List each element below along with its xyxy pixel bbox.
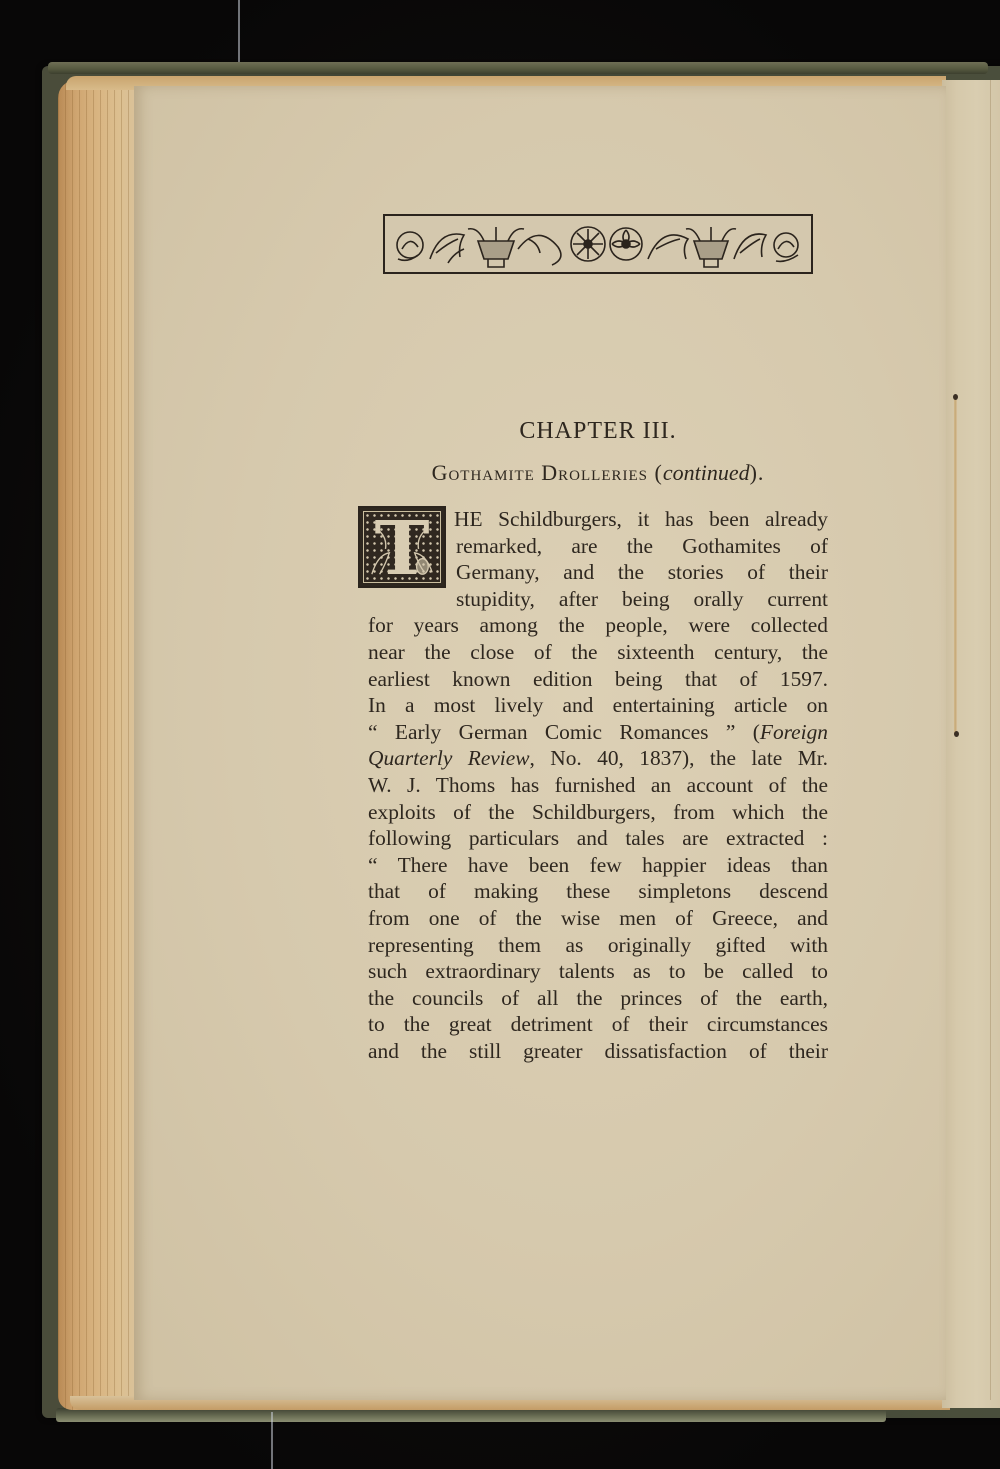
body-text-line: W. J. Thoms has furnished an account of … (368, 772, 828, 799)
text-segment: from one of the wise men of Greece, and (368, 906, 828, 930)
facing-page-gutter (942, 80, 1000, 1408)
text-segment: representing them as originally gifted w… (368, 933, 828, 957)
scan-scene: CHAPTER III. Gothamite Drolleries (conti… (0, 0, 1000, 1469)
gutter-fold (990, 80, 991, 1400)
text-segment: the councils of all the princes of the e… (368, 986, 828, 1010)
scanner-guide-line-bottom (271, 1412, 273, 1469)
body-text-line: from one of the wise men of Greece, and (368, 905, 828, 932)
chapter-subtitle-italic: continued (663, 460, 750, 485)
text-segment: such extraordinary talents as to be call… (368, 959, 828, 983)
chapter-subtitle-main: Gothamite Drolleries (432, 460, 648, 485)
body-paragraph: HE Schildburgers, it has been alreadyrem… (368, 506, 828, 1064)
body-text-line: remarked, are the Gothamites of (456, 533, 828, 560)
body-text-line: “ Early German Comic Romances ” (Foreign (368, 719, 828, 746)
body-text-line: exploits of the Schildburgers, from whic… (368, 799, 828, 826)
text-segment: to the great detriment of their circumst… (368, 1012, 828, 1036)
text-segment: Germany, and the stories of their (456, 560, 828, 584)
body-text-line: HE Schildburgers, it has been already (454, 506, 828, 533)
chapter-subtitle-paren-close: ). (750, 460, 765, 485)
chapter-title: CHAPTER III. (368, 418, 828, 445)
binding-stitch-mark (953, 394, 958, 400)
body-text-line: “ There have been few happier ideas than (368, 852, 828, 879)
body-text-line: Quarterly Review, No. 40, 1837), the lat… (368, 745, 828, 772)
binding-thread (954, 395, 957, 735)
italic-text-segment: Foreign (760, 720, 828, 744)
body-text-line: near the close of the sixteenth century,… (368, 639, 828, 666)
body-text-line: In a most lively and entertaining articl… (368, 692, 828, 719)
text-segment: , No. 40, 1837), the late Mr. (530, 746, 829, 770)
body-text-line: the councils of all the princes of the e… (368, 985, 828, 1012)
text-segment: earliest known edition being that of 159… (368, 667, 828, 691)
text-segment: that of making these simpletons descend (368, 879, 828, 903)
book-cover-bottom-edge (56, 1408, 886, 1422)
text-segment: for years among the people, were collect… (368, 613, 828, 637)
body-text-line: stupidity, after being orally current (456, 586, 828, 613)
text-segment: following particulars and tales are extr… (368, 826, 828, 850)
binding-stitch-mark (954, 731, 959, 737)
body-text-line: earliest known edition being that of 159… (368, 666, 828, 693)
text-segment: HE Schildburgers, it has been already (454, 507, 828, 531)
body-text-line: to the great detriment of their circumst… (368, 1011, 828, 1038)
text-segment: remarked, are the Gothamites of (456, 534, 828, 558)
text-segment: near the close of the sixteenth century,… (368, 640, 828, 664)
chapter-subtitle-paren-open: ( (648, 460, 663, 485)
body-text-line: and the still greater dissatisfaction of… (368, 1038, 828, 1065)
body-text-line: representing them as originally gifted w… (368, 932, 828, 959)
ornamental-headpiece (383, 214, 813, 274)
text-segment: “ There have been few happier ideas than (368, 853, 828, 877)
text-segment: and the still greater dissatisfaction of… (368, 1039, 828, 1063)
body-text-line: that of making these simpletons descend (368, 878, 828, 905)
body-text-line: Germany, and the stories of their (456, 559, 828, 586)
italic-text-segment: Quarterly Review (368, 746, 530, 770)
book-cover-top-edge (48, 62, 988, 74)
text-segment: In a most lively and entertaining articl… (368, 693, 828, 717)
text-segment: “ Early German Comic Romances ” ( (368, 720, 760, 744)
floral-headpiece-icon (388, 219, 808, 269)
text-segment: stupidity, after being orally current (456, 587, 828, 611)
body-text-line: for years among the people, were collect… (368, 612, 828, 639)
body-text-line: following particulars and tales are extr… (368, 825, 828, 852)
chapter-subtitle: Gothamite Drolleries (continued). (368, 460, 828, 486)
body-text-line: such extraordinary talents as to be call… (368, 958, 828, 985)
text-segment: W. J. Thoms has furnished an account of … (368, 773, 828, 797)
text-segment: exploits of the Schildburgers, from whic… (368, 800, 828, 824)
